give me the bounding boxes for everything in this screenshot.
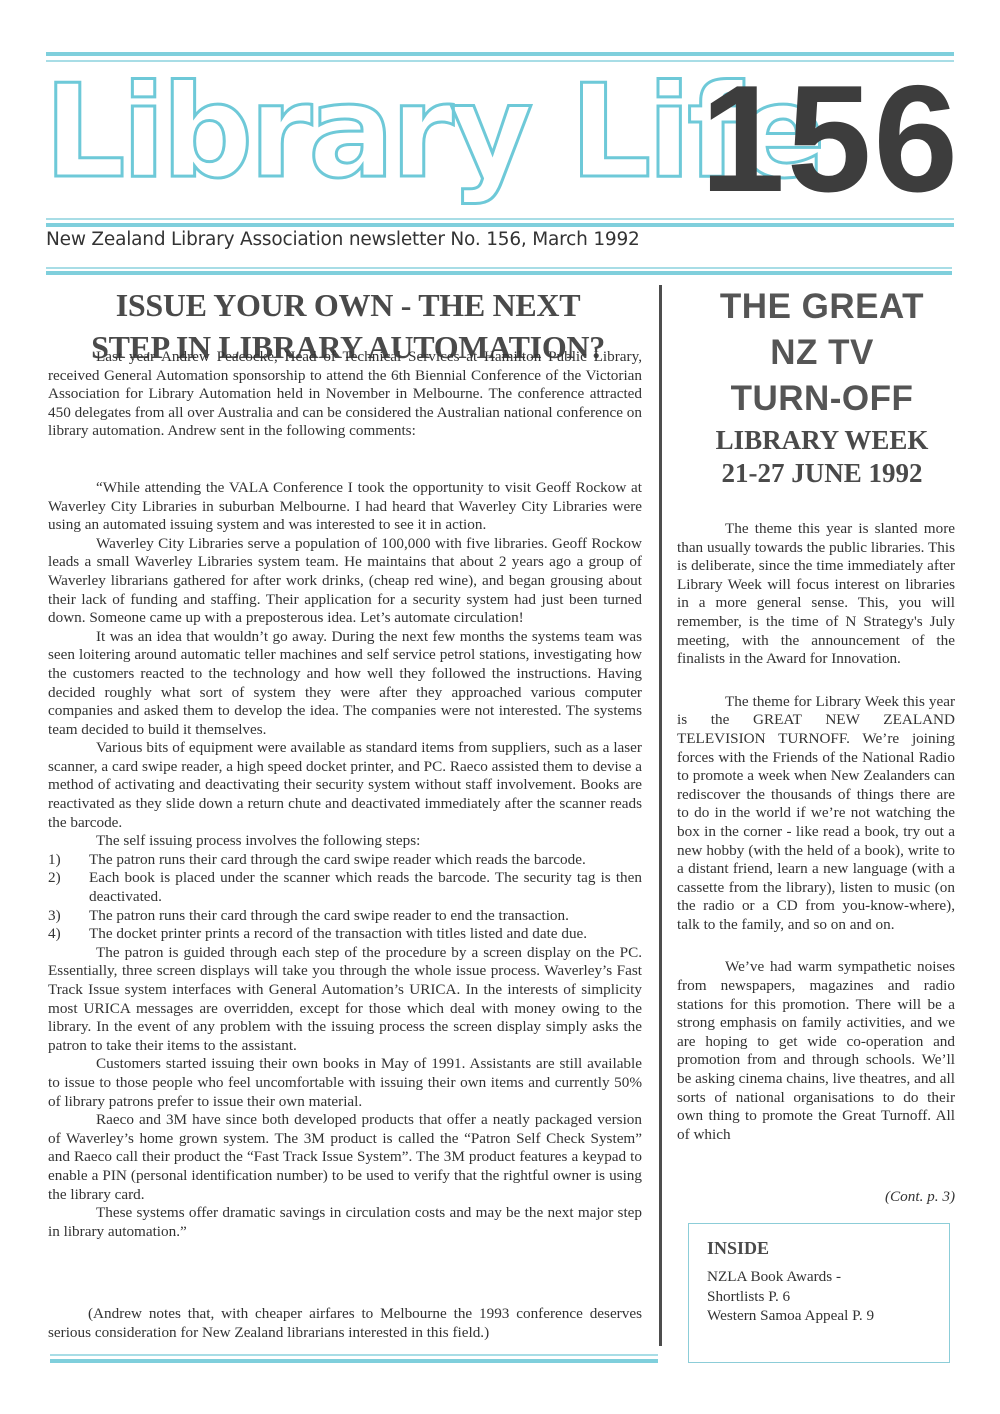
main-article-body: Last year Andrew Peacocke, Head of Techn…	[48, 348, 642, 1241]
issue-number: 156	[700, 74, 960, 204]
subtitle-top-rule-thick	[46, 223, 954, 227]
step-number: 3)	[48, 907, 89, 926]
article-paragraph: Raeco and 3M have since both developed p…	[48, 1111, 642, 1204]
newsletter-subtitle: New Zealand Library Association newslett…	[46, 229, 946, 250]
sidebar-subhead-line-2: 21-27 JUNE 1992	[672, 457, 972, 490]
author-note-text: (Andrew notes that, with cheaper airfare…	[48, 1305, 642, 1342]
continued-reference: (Cont. p. 3)	[677, 1188, 955, 1206]
step-item: 2)Each book is placed under the scanner …	[48, 869, 642, 906]
article-paragraph: Various bits of equipment were available…	[48, 739, 642, 832]
step-number: 1)	[48, 851, 89, 870]
article-paragraph: The patron is guided through each step o…	[48, 944, 642, 1056]
sidebar-paragraph: We’ve had warm sympathetic noises from n…	[677, 958, 955, 1144]
inside-item: Shortlists P. 6	[707, 1287, 874, 1307]
sidebar-subhead-line-1: LIBRARY WEEK	[672, 424, 972, 457]
subtitle-top-rule-thin	[46, 218, 954, 220]
masthead-title: Library Life	[44, 58, 644, 208]
inside-item: Western Samoa Appeal P. 9	[707, 1306, 874, 1326]
sidebar-headline-line-2: NZ TV	[672, 330, 972, 376]
step-item: 3)The patron runs their card through the…	[48, 907, 642, 926]
bottom-rule-thick	[50, 1359, 658, 1363]
step-item: 1)The patron runs their card through the…	[48, 851, 642, 870]
sidebar-headline-line-3: TURN-OFF	[672, 376, 972, 422]
article-paragraph: “While attending the VALA Conference I t…	[48, 479, 642, 535]
inside-item: NZLA Book Awards -	[707, 1267, 874, 1287]
sidebar-headline: THE GREAT NZ TV TURN-OFF	[672, 284, 972, 422]
step-number: 2)	[48, 869, 89, 906]
sidebar-paragraph: The theme this year is slanted more than…	[677, 520, 955, 669]
article-paragraph: It was an idea that wouldn’t go away. Du…	[48, 628, 642, 740]
bottom-rule-thin	[50, 1354, 658, 1356]
article-paragraph: Customers started issuing their own book…	[48, 1055, 642, 1111]
step-text: The patron runs their card through the c…	[89, 851, 642, 870]
article-paragraph: These systems offer dramatic savings in …	[48, 1204, 642, 1241]
step-text: The patron runs their card through the c…	[89, 907, 642, 926]
sidebar-subhead: LIBRARY WEEK 21-27 JUNE 1992	[672, 424, 972, 490]
intro-paragraph: Last year Andrew Peacocke, Head of Techn…	[48, 348, 642, 441]
steps-list: 1)The patron runs their card through the…	[48, 851, 642, 944]
step-item: 4)The docket printer prints a record of …	[48, 925, 642, 944]
subtitle-bottom-rule-thick	[46, 271, 952, 275]
column-divider	[659, 285, 662, 1346]
sidebar-paragraph: The theme for Library Week this year is …	[677, 693, 955, 935]
step-text: Each book is placed under the scanner wh…	[89, 869, 642, 906]
author-note: (Andrew notes that, with cheaper airfare…	[48, 1305, 642, 1342]
inside-box-list: NZLA Book Awards - Shortlists P. 6 Weste…	[707, 1267, 874, 1326]
sidebar-article: The theme this year is slanted more than…	[677, 520, 955, 1144]
subtitle-bottom-rule-thin	[46, 267, 952, 269]
step-number: 4)	[48, 925, 89, 944]
article-paragraph: The self issuing process involves the fo…	[48, 832, 642, 851]
step-text: The docket printer prints a record of th…	[89, 925, 642, 944]
sidebar-headline-line-1: THE GREAT	[672, 284, 972, 330]
headline-line-1: ISSUE YOUR OWN - THE NEXT	[48, 284, 648, 326]
inside-box-title: INSIDE	[707, 1238, 769, 1259]
article-paragraph: Waverley City Libraries serve a populati…	[48, 535, 642, 628]
